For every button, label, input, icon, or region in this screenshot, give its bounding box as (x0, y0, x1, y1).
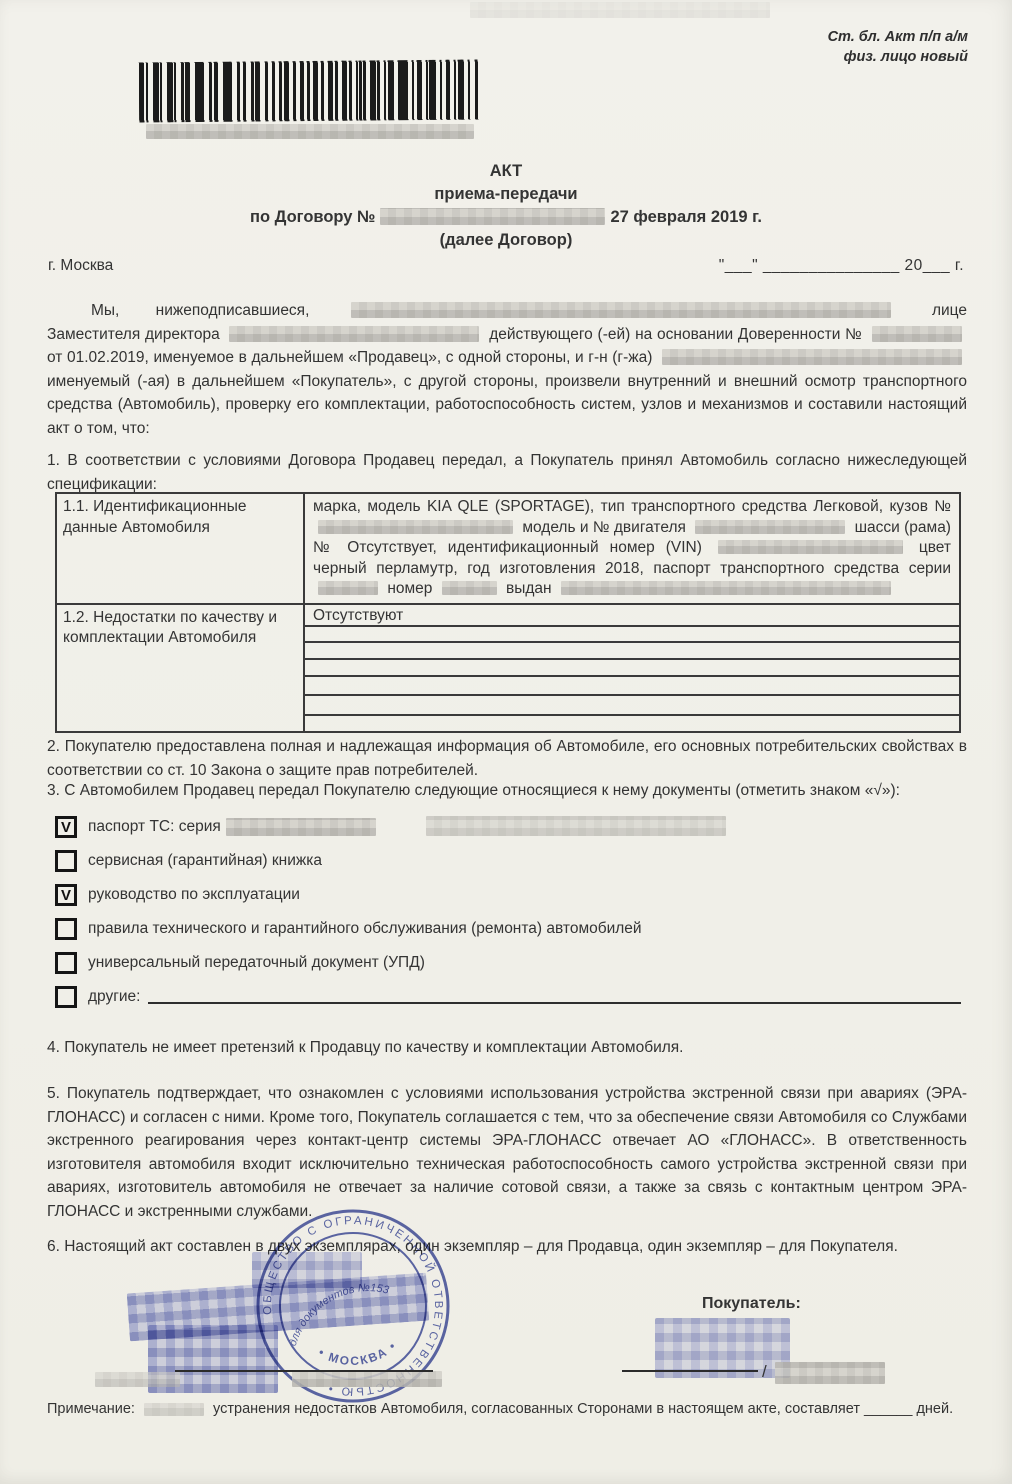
documents-checklist: V паспорт ТС: серия сервисная (гарантийн… (55, 816, 961, 1020)
contract-number-redacted (380, 208, 605, 225)
check-item-passport: V паспорт ТС: серия (55, 816, 961, 838)
ts-series-redacted (226, 818, 376, 836)
footnote-word-redacted (144, 1403, 204, 1416)
barcode-number-redacted (146, 124, 474, 139)
stamp-city-text: • МОСКВА • (315, 1337, 402, 1372)
buyer-name-redacted (662, 349, 962, 365)
table-row-identification: 1.1. Идентификационные данные Автомобиля… (57, 494, 959, 603)
blank-line (305, 677, 959, 696)
form-type-note: Ст. бл. Акт п/п а/м физ. лицо новый (828, 27, 968, 67)
slash-separator: / (762, 1362, 767, 1382)
city-label: г. Москва (48, 257, 113, 275)
title-line2: приема-передачи (200, 183, 812, 206)
showthrough-strip (470, 2, 770, 18)
intro-part-4: именуемый (-ая) в дальнейшем «Покупатель… (47, 373, 967, 437)
scanned-document-page: Ст. бл. Акт п/п а/м физ. лицо новый АКТ … (0, 0, 1012, 1484)
title-line3: по Договору №27 февраля 2019 г. (200, 206, 812, 229)
section1-paragraph: 1. В соответствии с условиями Договора П… (47, 449, 967, 496)
form-type-note-line1: Ст. бл. Акт п/п а/м (828, 27, 968, 47)
barcode (139, 60, 482, 123)
checkbox-passport: V (55, 816, 77, 838)
row1-part-1: модель и № двигателя (522, 519, 686, 536)
blank-space (305, 716, 959, 731)
checkbox-other (55, 986, 77, 1008)
row1-part-5: выдан (506, 580, 552, 597)
body-number-redacted (318, 520, 513, 534)
other-blank-line (148, 986, 961, 1004)
footnote-rest: устранения недостатков Автомобиля, согла… (213, 1401, 953, 1417)
footnote: Примечание: устранения недостатков Автом… (47, 1399, 967, 1419)
blank-line (305, 627, 959, 643)
form-type-note-line2: физ. лицо новый (828, 47, 968, 67)
row1-part-0: марка, модель KIA QLE (SPORTAGE), тип тр… (313, 498, 951, 515)
row2-label: 1.2. Недостатки по качеству и комплектац… (57, 605, 305, 731)
director-name-redacted (229, 326, 479, 342)
check-item-rules: правила технического и гарантийного обсл… (55, 918, 961, 940)
buyer-name-redacted (775, 1362, 885, 1384)
row1-label: 1.1. Идентификационные данные Автомобиля (57, 494, 305, 603)
attorney-number-redacted (872, 326, 962, 342)
intro-part-0: Мы, нижеподписавшиеся, (91, 302, 309, 319)
seller-signature-line (175, 1370, 433, 1372)
spec-table: 1.1. Идентификационные данные Автомобиля… (55, 492, 961, 733)
check-label: правила технического и гарантийного обсл… (88, 918, 642, 938)
checkbox-upd (55, 952, 77, 974)
section3-paragraph: 3. С Автомобилем Продавец передал Покупа… (47, 779, 967, 803)
check-label: сервисная (гарантийная) книжка (88, 850, 322, 870)
table-row-defects: 1.2. Недостатки по качеству и комплектац… (57, 603, 959, 731)
svg-text:• МОСКВА •: • МОСКВА • (315, 1337, 402, 1372)
row1-value: марка, модель KIA QLE (SPORTAGE), тип тр… (305, 494, 959, 603)
passport-number-redacted (442, 581, 497, 595)
intro-part-3: от 01.02.2019, именуемое в дальнейшем «П… (47, 349, 652, 366)
checkbox-rules (55, 918, 77, 940)
checkbox-service-book (55, 850, 77, 872)
blank-line (305, 643, 959, 660)
checkbox-manual: V (55, 884, 77, 906)
title-contract-prefix: по Договору № (250, 208, 375, 226)
check-label: универсальный передаточный документ (УПД… (88, 952, 425, 972)
buyer-label: Покупатель: (702, 1295, 801, 1313)
seller-name-redacted (351, 302, 891, 318)
row1-part-4: номер (387, 580, 432, 597)
check-label: другие: (88, 986, 140, 1006)
blank-line (305, 696, 959, 716)
checkmark: V (61, 820, 71, 835)
defects-value: Отсутствуют (305, 605, 959, 627)
title-contract-date: 27 февраля 2019 г. (610, 208, 762, 226)
row2-value: Отсутствуют (305, 605, 959, 731)
title-line1: АКТ (200, 160, 812, 183)
buyer-signature-redacted (655, 1318, 790, 1378)
section6-paragraph: 6. Настоящий акт составлен в двух экземп… (47, 1235, 967, 1259)
intro-paragraph: Мы, нижеподписавшиеся, лице Заместителя … (47, 299, 967, 440)
title-line4: (далее Договор) (200, 229, 812, 252)
footnote-prefix: Примечание: (47, 1401, 135, 1417)
check-item-manual: V руководство по эксплуатации (55, 884, 961, 906)
section2-paragraph: 2. Покупателю предоставлена полная и над… (47, 735, 967, 782)
engine-number-redacted (695, 520, 845, 534)
vin-redacted (718, 540, 903, 554)
intro-part-2: действующего (-ей) на основании Доверенн… (489, 326, 862, 343)
date-blank: "___" _______________ 20___ г. (664, 257, 964, 275)
buyer-signature-line (622, 1370, 758, 1372)
check-label: руководство по эксплуатации (88, 884, 300, 904)
passport-issuer-redacted (561, 581, 891, 595)
check-item-upd: универсальный передаточный документ (УПД… (55, 952, 961, 974)
check-item-service-book: сервисная (гарантийная) книжка (55, 850, 961, 872)
check-item-other: другие: (55, 986, 961, 1008)
checkmark: V (61, 888, 71, 903)
section4-paragraph: 4. Покупатель не имеет претензий к Прода… (47, 1036, 967, 1060)
note-word-redacted (95, 1372, 180, 1387)
section5-paragraph: 5. Покупатель подтверждает, что ознакомл… (47, 1082, 967, 1223)
seller-signature-redacted (252, 1252, 362, 1288)
passport-series-redacted (318, 581, 378, 595)
document-title: АКТ приема-передачи по Договору №27 февр… (200, 160, 812, 252)
blank-line (305, 660, 959, 677)
seller-name-under-line-redacted (292, 1371, 442, 1387)
ts-extra-redacted (426, 816, 726, 836)
check-label: паспорт ТС: серия (88, 816, 221, 836)
